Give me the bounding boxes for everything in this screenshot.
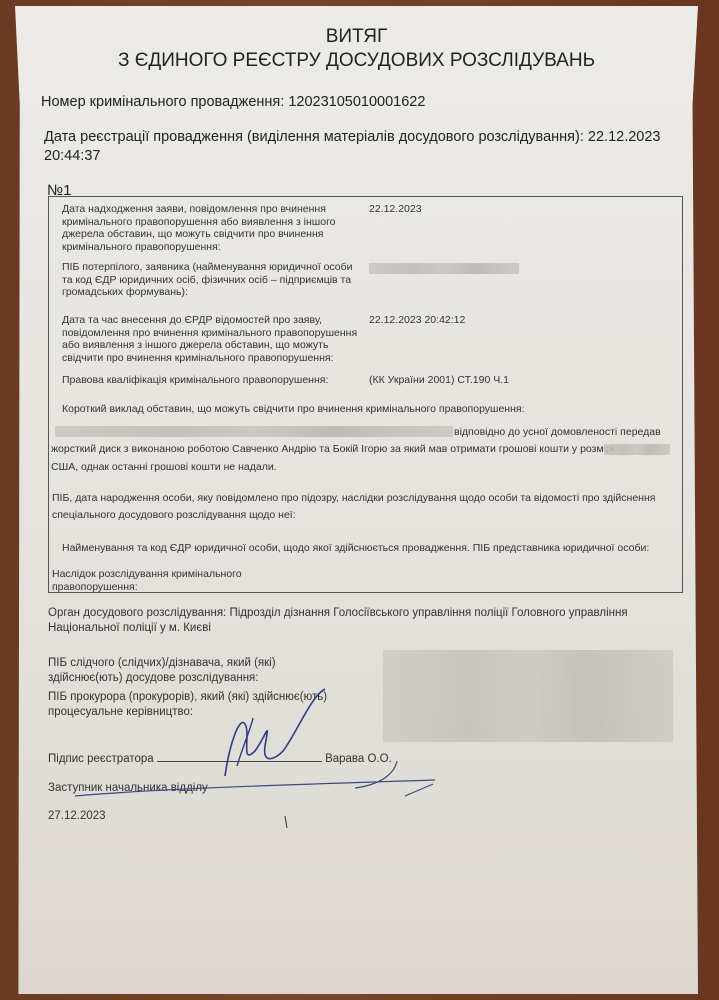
summary-label: Короткий виклад обставин, що можуть свід… [62, 403, 672, 416]
entry-datetime-value: 22.12.2023 20:42:12 [369, 314, 465, 327]
legal-entity-label: Найменування та код ЄДР юридичної особи,… [62, 542, 672, 555]
summary-line-3: США, однак останні грошові кошти не нада… [51, 461, 277, 474]
outcome-label: Наслідок розслідування кримінального пра… [52, 568, 252, 593]
receipt-date-value: 22.12.2023 [369, 203, 422, 216]
summary-redacted [55, 426, 453, 437]
document-title: ВИТЯГ [15, 26, 698, 48]
summary-line-1: відповідно до усної домовленості передав [454, 426, 661, 439]
signature-line [157, 751, 322, 762]
summary-line-2: жорсткий диск з виконаною роботою Савчен… [51, 443, 614, 456]
officials-redacted [383, 650, 673, 742]
registrar-name: Варава О.О. [325, 753, 392, 765]
investigation-body: Орган досудового розслідування: Підрозді… [48, 606, 688, 636]
registrar-position: Заступник начальника відділу [48, 781, 208, 796]
registrar-signature-row: Підпис реєстратора Варава О.О. [48, 751, 392, 767]
issue-date: 27.12.2023 [48, 809, 106, 824]
case-number: Номер кримінального провадження: 1202310… [41, 94, 425, 110]
victim-value-redacted [369, 263, 519, 274]
qualification-label: Правова кваліфікація кримінального право… [62, 374, 362, 387]
registration-date: Дата реєстрації провадження (виділення м… [44, 128, 664, 166]
registrar-signature-label: Підпис реєстратора [48, 753, 154, 765]
document-subtitle: З ЄДИНОГО РЕЄСТРУ ДОСУДОВИХ РОЗСЛІДУВАНЬ [15, 50, 698, 72]
prosecutor-label: ПІБ прокурора (прокурорів), який (які) з… [48, 690, 338, 720]
entry-datetime-label: Дата та час внесення до ЄРДР відомостей … [62, 314, 362, 364]
document-page: ВИТЯГ З ЄДИНОГО РЕЄСТРУ ДОСУДОВИХ РОЗСЛІ… [15, 6, 698, 994]
receipt-date-label: Дата надходження заяви, повідомлення про… [62, 203, 362, 253]
investigator-label: ПІБ слідчого (слідчих)/дізнавача, який (… [48, 656, 338, 686]
qualification-value: (КК України 2001) СТ.190 Ч.1 [369, 374, 509, 387]
victim-label: ПІБ потерпілого, заявника (найменування … [62, 261, 362, 299]
summary-amount-redacted [604, 444, 670, 455]
record-table: Дата надходження заяви, повідомлення про… [48, 196, 683, 593]
suspect-label: ПІБ, дата народження особи, яку повідомл… [52, 490, 677, 524]
